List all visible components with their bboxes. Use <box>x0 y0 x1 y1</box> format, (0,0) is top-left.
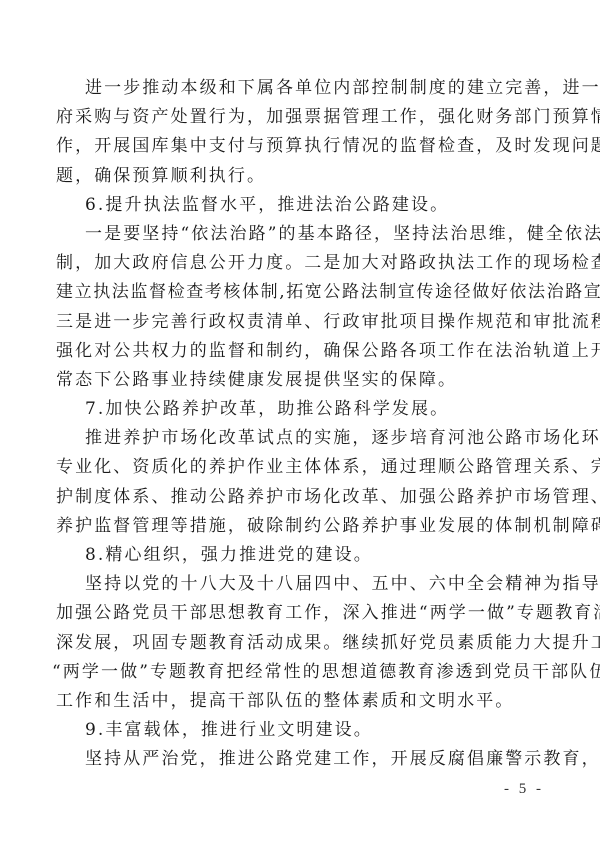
paragraph-line: “两学一做”专题教育把经常性的思想道德教育渗透到党员干部队伍的日常 <box>52 658 546 687</box>
paragraph-line: 强化对公共权力的监督和制约，确保公路各项工作在法治轨道上开展，为新 <box>56 337 546 366</box>
paragraph-line: 常态下公路事业持续健康发展提供坚实的保障。 <box>56 366 546 395</box>
paragraph-line: 养护监督管理等措施，破除制约公路养护事业发展的体制机制障碍。 <box>56 512 546 541</box>
section-heading-6: 6.提升执法监督水平，推进法治公路建设。 <box>56 191 546 220</box>
paragraph-line: 加强公路党员干部思想教育工作，深入推进“两学一做”专题教育活动向纵 <box>56 599 546 628</box>
paragraph-line: 进一步推动本级和下属各单位内部控制制度的建立完善，进一步规范政 <box>56 74 546 103</box>
page-number: - 5 - <box>500 781 548 798</box>
paragraph-line: 推进养护市场化改革试点的实施，逐步培育河池公路市场化环境下具有 <box>56 424 546 453</box>
paragraph-line: 一是要坚持“依法治路”的基本路径，坚持法治思维，健全依法决策机 <box>56 220 546 249</box>
paragraph-line: 府采购与资产处置行为，加强票据管理工作，强化财务部门预算情况报告工 <box>56 103 546 132</box>
paragraph-line: 深发展，巩固专题教育活动成果。继续抓好党员素质能力大提升工程，结合 <box>56 629 546 658</box>
document-page: 进一步推动本级和下属各单位内部控制制度的建立完善，进一步规范政 府采购与资产处置… <box>0 0 600 849</box>
paragraph-line: 三是进一步完善行政权责清单、行政审批项目操作规范和审批流程，进一步 <box>56 308 546 337</box>
section-heading-9: 9.丰富载体，推进行业文明建设。 <box>56 716 546 745</box>
document-body: 进一步推动本级和下属各单位内部控制制度的建立完善，进一步规范政 府采购与资产处置… <box>56 74 546 775</box>
paragraph-line: 护制度体系、推动公路养护市场化改革、加强公路养护市场管理、落实公路 <box>56 483 546 512</box>
paragraph-line: 坚持以党的十八大及十八届四中、五中、六中全会精神为指导，进一步 <box>56 570 546 599</box>
paragraph-line: 作，开展国库集中支付与预算执行情况的监督检查，及时发现问题，解决问 <box>56 132 546 161</box>
paragraph-line: 制，加大政府信息公开力度。二是加大对路政执法工作的现场检查和监督， <box>56 249 546 278</box>
paragraph-line: 工作和生活中，提高干部队伍的整体素质和文明水平。 <box>56 687 546 716</box>
paragraph-line: 题，确保预算顺利执行。 <box>56 162 546 191</box>
section-heading-8: 8.精心组织，强力推进党的建设。 <box>56 541 546 570</box>
paragraph-line: 坚持从严治党，推进公路党建工作，开展反腐倡廉警示教育，加强党风 <box>56 745 546 774</box>
paragraph-line: 建立执法监督检查考核体制,拓宽公路法制宣传途径做好依法治路宣传工作。 <box>56 278 546 307</box>
section-heading-7: 7.加快公路养护改革，助推公路科学发展。 <box>56 395 546 424</box>
paragraph-line: 专业化、资质化的养护作业主体体系，通过理顺公路管理关系、完善公路养 <box>56 453 546 482</box>
